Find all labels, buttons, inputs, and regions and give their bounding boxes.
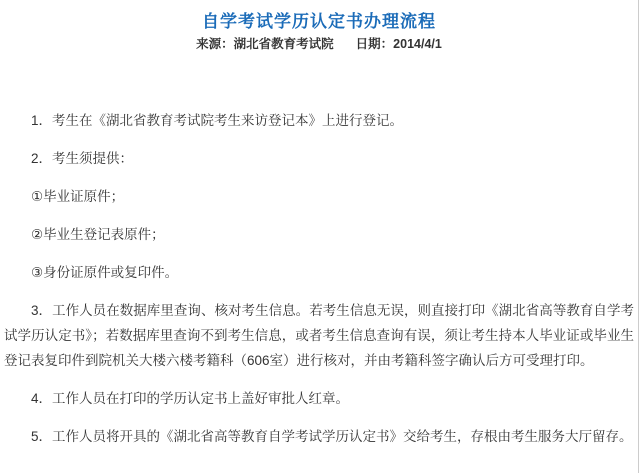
article-body: 1．考生在《湖北省教育考试院考生来访登记本》上进行登记。2．考生须提供：①毕业证… <box>0 108 638 449</box>
article-header: 自学考试学历认定书办理流程 来源：湖北省教育考试院日期：2014/4/1 <box>0 0 638 53</box>
paragraph: 5．工作人员将开具的《湖北省高等教育自学考试学历认定书》交给考生，存根由考生服务… <box>4 424 634 449</box>
article-meta: 来源：湖北省教育考试院日期：2014/4/1 <box>0 36 638 53</box>
paragraph: 2．考生须提供： <box>4 146 634 171</box>
paragraph: 1．考生在《湖北省教育考试院考生来访登记本》上进行登记。 <box>4 108 634 133</box>
paragraph: 4．工作人员在打印的学历认定书上盖好审批人红章。 <box>4 386 634 411</box>
meta-source: 来源：湖北省教育考试院 <box>196 37 334 51</box>
page-title: 自学考试学历认定书办理流程 <box>0 11 638 33</box>
article-page: 自学考试学历认定书办理流程 来源：湖北省教育考试院日期：2014/4/1 1．考… <box>0 0 639 473</box>
paragraph: ②毕业生登记表原件； <box>4 222 634 247</box>
paragraph: ③身份证原件或复印件。 <box>4 260 634 285</box>
paragraph: 3．工作人员在数据库里查询、核对考生信息。若考生信息无误，则直接打印《湖北省高等… <box>4 298 634 373</box>
paragraph: ①毕业证原件； <box>4 184 634 209</box>
meta-date: 日期：2014/4/1 <box>356 37 442 51</box>
